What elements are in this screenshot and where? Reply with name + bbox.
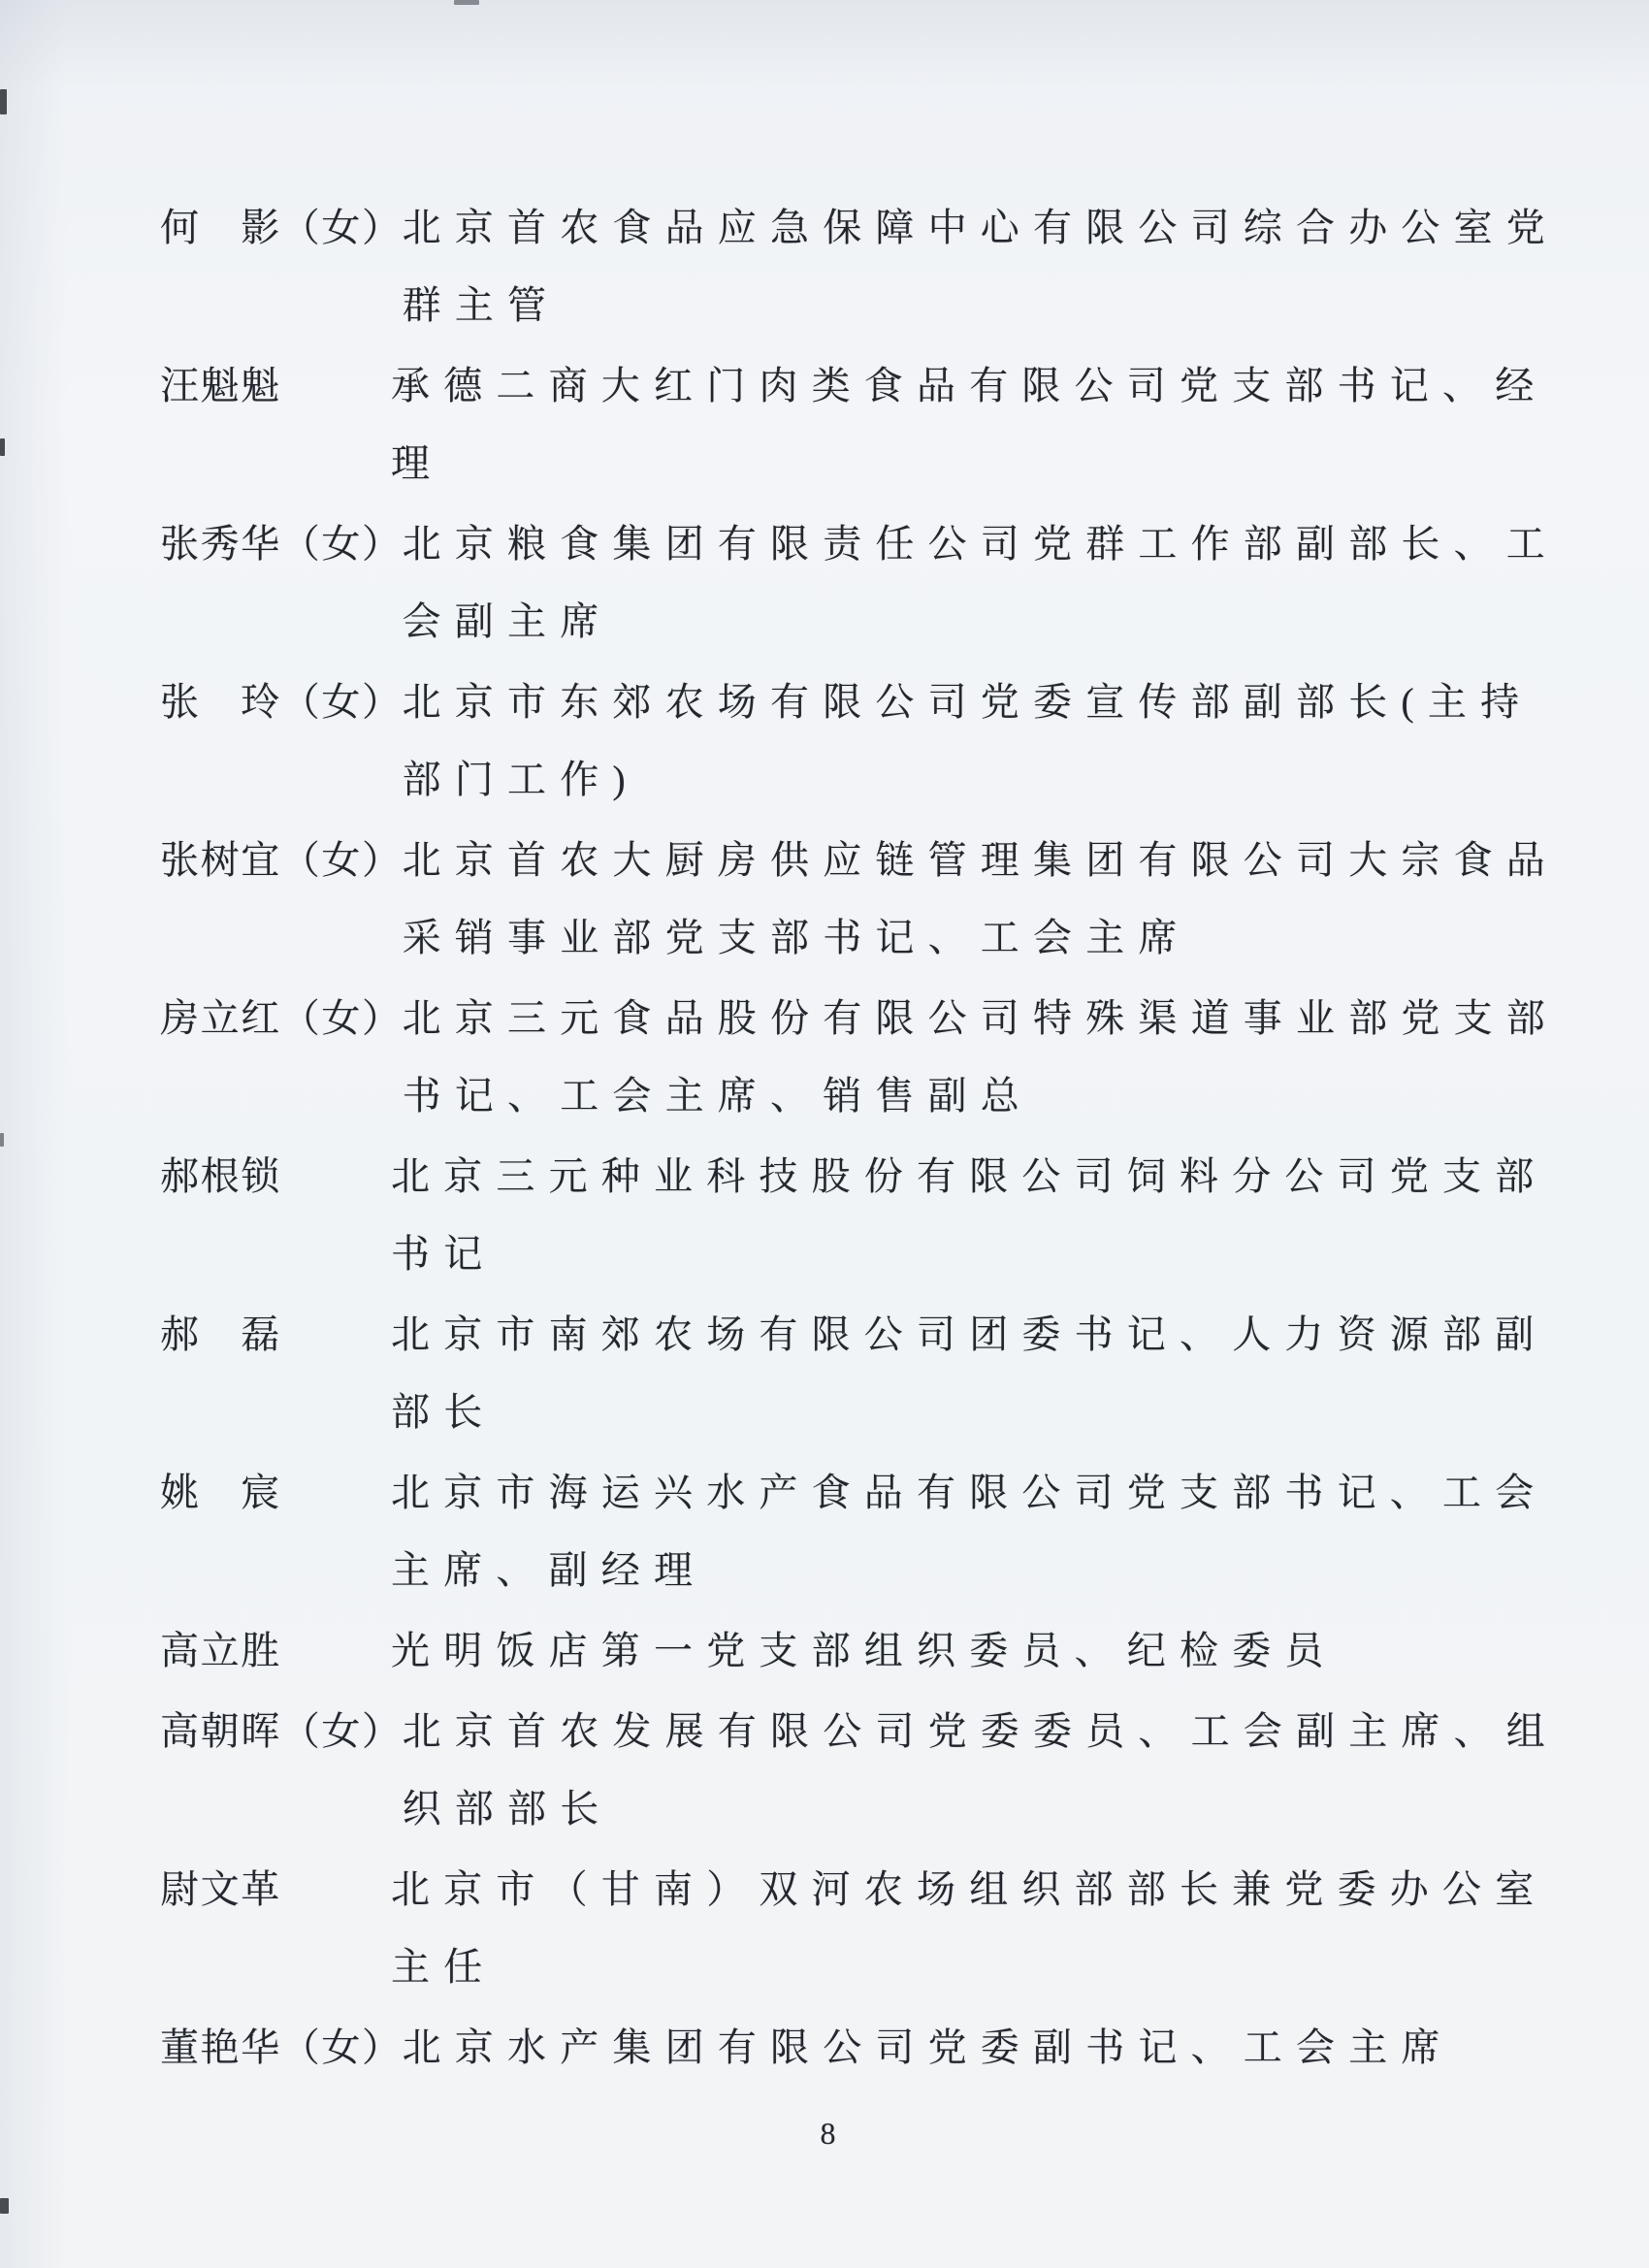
- list-item: 张秀华（女） 北京粮食集团有限责任公司党群工作部副部长、工会副主席: [160, 505, 1535, 661]
- person-position: 北京首农食品应急保障中心有限公司综合办公室党群主管: [403, 189, 1535, 344]
- list-item: 郝根锁 北京三元种业科技股份有限公司饲料分公司党支部书记: [160, 1138, 1535, 1293]
- position-line: 北京市（甘南）双河农场组织部部长兼党委办公室: [391, 1851, 1548, 1928]
- position-line: 群主管: [403, 267, 1549, 344]
- person-name: 张 玲（女）: [160, 664, 403, 741]
- page-number: 8: [160, 2096, 1535, 2170]
- scan-artifact: [0, 89, 7, 114]
- person-position: 北京首农大厨房供应链管理集团有限公司大宗食品采销事业部党支部书记、工会主席: [403, 822, 1535, 977]
- person-position: 承德二商大红门肉类食品有限公司党支部书记、经理: [391, 347, 1535, 502]
- position-line: 部门工作): [403, 741, 1549, 819]
- position-line: 北京首农发展有限公司党委委员、工会副主席、组: [403, 1693, 1549, 1770]
- person-name: 汪魁魁: [160, 347, 391, 425]
- person-name: 郝根锁: [160, 1138, 391, 1215]
- list-item: 高立胜 光明饭店第一党支部组织委员、纪检委员: [160, 1612, 1535, 1690]
- position-line: 理: [391, 425, 1548, 502]
- name-position-list: 何 影（女） 北京首农食品应急保障中心有限公司综合办公室党群主管 汪魁魁 承德二…: [160, 189, 1535, 2087]
- person-name: 张树宜（女）: [160, 822, 403, 899]
- position-line: 北京首农大厨房供应链管理集团有限公司大宗食品: [403, 822, 1549, 899]
- position-line: 书记、工会主席、销售副总: [403, 1057, 1549, 1135]
- position-line: 北京水产集团有限公司党委副书记、工会主席: [403, 2009, 1549, 2087]
- position-line: 书记: [391, 1215, 1548, 1293]
- list-item: 郝 磊 北京市南郊农场有限公司团委书记、人力资源部副部长: [160, 1296, 1535, 1451]
- position-line: 北京市南郊农场有限公司团委书记、人力资源部副: [391, 1296, 1548, 1374]
- position-line: 北京粮食集团有限责任公司党群工作部副部长、工: [403, 505, 1549, 583]
- position-line: 北京市海运兴水产食品有限公司党支部书记、工会: [391, 1454, 1548, 1532]
- person-position: 北京市海运兴水产食品有限公司党支部书记、工会主席、副经理: [391, 1454, 1535, 1609]
- person-position: 北京粮食集团有限责任公司党群工作部副部长、工会副主席: [403, 505, 1535, 661]
- person-name: 董艳华（女）: [160, 2009, 403, 2087]
- person-position: 北京市（甘南）双河农场组织部部长兼党委办公室主任: [391, 1851, 1535, 2006]
- position-line: 部长: [391, 1374, 1548, 1451]
- list-item: 尉文革 北京市（甘南）双河农场组织部部长兼党委办公室主任: [160, 1851, 1535, 2006]
- position-line: 织部部长: [403, 1770, 1549, 1848]
- person-name: 张秀华（女）: [160, 505, 403, 583]
- person-position: 光明饭店第一党支部组织委员、纪检委员: [391, 1612, 1535, 1690]
- position-line: 北京市东郊农场有限公司党委宣传部副部长(主持: [403, 664, 1549, 741]
- position-line: 光明饭店第一党支部组织委员、纪检委员: [391, 1612, 1548, 1690]
- list-item: 高朝晖（女） 北京首农发展有限公司党委委员、工会副主席、组织部部长: [160, 1693, 1535, 1848]
- position-line: 北京三元食品股份有限公司特殊渠道事业部党支部: [403, 980, 1549, 1057]
- person-position: 北京三元种业科技股份有限公司饲料分公司党支部书记: [391, 1138, 1535, 1293]
- person-name: 姚 宸: [160, 1454, 391, 1532]
- position-line: 会副主席: [403, 583, 1549, 661]
- person-position: 北京三元食品股份有限公司特殊渠道事业部党支部书记、工会主席、销售副总: [403, 980, 1535, 1135]
- position-line: 北京三元种业科技股份有限公司饲料分公司党支部: [391, 1138, 1548, 1215]
- person-name: 何 影（女）: [160, 189, 403, 267]
- position-line: 主席、副经理: [391, 1532, 1548, 1609]
- scan-artifact: [454, 0, 479, 5]
- scan-artifact: [0, 438, 5, 456]
- scan-shading-left: [0, 0, 68, 2268]
- person-position: 北京市南郊农场有限公司团委书记、人力资源部副部长: [391, 1296, 1535, 1451]
- position-line: 主任: [391, 1928, 1548, 2006]
- position-line: 北京首农食品应急保障中心有限公司综合办公室党: [403, 189, 1549, 267]
- person-name: 郝 磊: [160, 1296, 391, 1374]
- list-item: 何 影（女） 北京首农食品应急保障中心有限公司综合办公室党群主管: [160, 189, 1535, 344]
- scanned-document-page: { "document": { "page_number": "8", "ent…: [0, 0, 1649, 2268]
- list-item: 张 玲（女） 北京市东郊农场有限公司党委宣传部副部长(主持部门工作): [160, 664, 1535, 819]
- list-item: 张树宜（女） 北京首农大厨房供应链管理集团有限公司大宗食品采销事业部党支部书记、…: [160, 822, 1535, 977]
- person-name: 房立红（女）: [160, 980, 403, 1057]
- person-position: 北京首农发展有限公司党委委员、工会副主席、组织部部长: [403, 1693, 1535, 1848]
- list-item: 汪魁魁 承德二商大红门肉类食品有限公司党支部书记、经理: [160, 347, 1535, 502]
- document-body: 何 影（女） 北京首农食品应急保障中心有限公司综合办公室党群主管 汪魁魁 承德二…: [160, 189, 1535, 2170]
- scan-shading-top: [0, 0, 1649, 87]
- position-line: 承德二商大红门肉类食品有限公司党支部书记、经: [391, 347, 1548, 425]
- scan-artifact: [0, 2198, 9, 2214]
- person-name: 高朝晖（女）: [160, 1693, 403, 1770]
- list-item: 房立红（女） 北京三元食品股份有限公司特殊渠道事业部党支部书记、工会主席、销售副…: [160, 980, 1535, 1135]
- person-name: 尉文革: [160, 1851, 391, 1928]
- person-name: 高立胜: [160, 1612, 391, 1690]
- person-position: 北京市东郊农场有限公司党委宣传部副部长(主持部门工作): [403, 664, 1535, 819]
- position-line: 采销事业部党支部书记、工会主席: [403, 899, 1549, 977]
- scan-artifact: [0, 1133, 4, 1147]
- person-position: 北京水产集团有限公司党委副书记、工会主席: [403, 2009, 1535, 2087]
- list-item: 董艳华（女） 北京水产集团有限公司党委副书记、工会主席: [160, 2009, 1535, 2087]
- list-item: 姚 宸 北京市海运兴水产食品有限公司党支部书记、工会主席、副经理: [160, 1454, 1535, 1609]
